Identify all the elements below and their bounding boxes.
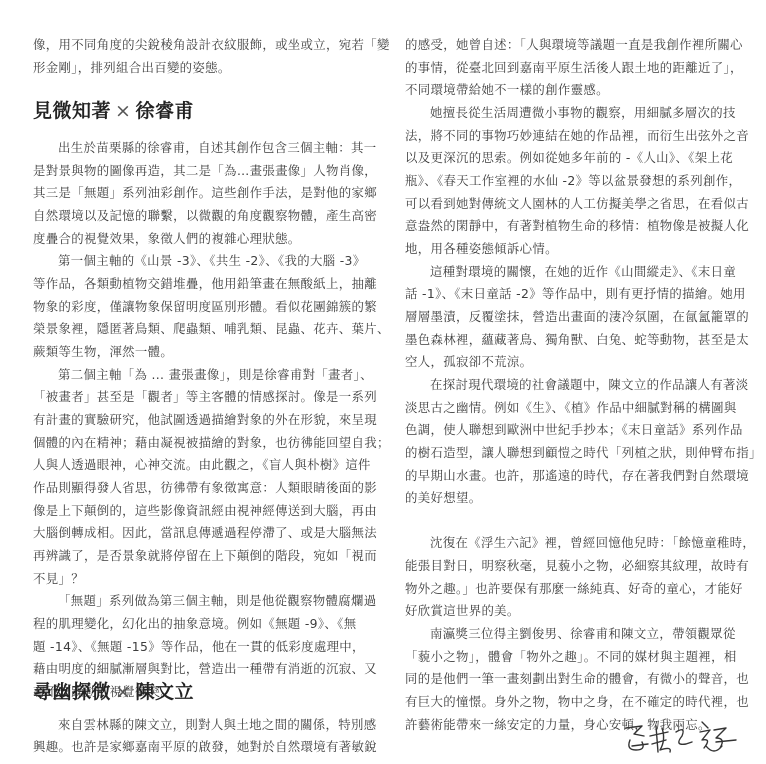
text-line: 色調，使人聯想到歐洲中世紀手抄本；《末日童話》系列作品 [405,419,743,441]
text-line: 她擅長從生活周遭微小事物的觀察，用細膩多層次的技 [405,102,736,124]
section-heading-chen: 尋幽探微×陳文立 [33,677,194,704]
text-line: 這種對環境的關懷，在她的近作《山間縱走》、《末日童 [405,261,736,283]
text-line: 的感受，她曾自述：「人與環境等議題一直是我創作裡所關心 [405,34,743,56]
times-sign: × [115,681,131,703]
text-line: 作品則顯得發人省思，彷彿帶有象徵寓意：人類眼睛後面的影 [33,477,377,499]
text-line: 第一個主軸的《山景 -3》、《共生 -2》、《我的大腦 -3》 [33,250,366,272]
text-line: 以及更深沉的思索。例如從她多年前的 -《人山》、《架上花 [405,147,733,169]
text-line: 的早期山水畫。也許，那遙遠的時代，存在著我們對自然環境 [405,465,749,487]
text-line: 南瀛獎三位得主劉俊男、徐睿甫和陳文立，帶領觀眾從 [405,623,736,645]
heading-part: 陳文立 [135,681,194,703]
text-line: 自然環境以及記憶的聯繫，以微觀的角度觀察物體，產生高密 [33,205,377,227]
text-line: 人與人透過眼神，心神交流。由此觀之，《盲人與朴樹》這件 [33,454,371,476]
text-line: 個體的內在精神；藉由凝視被描繪的對象，也彷彿能回望自我； [33,432,390,454]
section-heading-xu: 見微知著×徐睿甫 [33,96,194,123]
text-line: 像是上下顛倒的，這些影像資訊經由視神經傳送到大腦，再由 [33,500,377,522]
signature-icon [622,716,742,758]
text-line: 層層墨漬，反覆塗抹，營造出畫面的淒冷氛圍，在氤氳籠罩的 [405,306,749,328]
text-line: 有計畫的實驗研究，他試圖透過描繪對象的外在形貌，來呈現 [33,409,377,431]
text-line: 物象的彩度，僅讓物象保留明度區別形體。看似花團錦簇的繁 [33,296,377,318]
heading-part: 尋幽探微 [33,681,111,703]
text-line: 好欣賞這世界的美。 [405,600,520,622]
text-line: 蕨類等生物，渾然一體。 [33,341,173,363]
text-line: 可以看到她對傳統文人園林的人工仿擬美學之省思，在看似古 [405,193,749,215]
text-line: 墨色森林裡，蘊藏著鳥、獨角獸、白兔、蛇等動物，甚至是太 [405,329,749,351]
text-line: 同的是他們一筆一畫刻劃出對生命的體會，有微小的聲音，也 [405,668,749,690]
text-line: 其三是「無題」系列油彩創作。這些創作手法，是對他的家鄉 [33,182,377,204]
text-line: 再辨識了，是否景象就將停留在上下顛倒的階段，宛如「視而 [33,545,377,567]
text-line: 是對景與物的圖像再造，其二是「為…畫張畫像」人物肖像， [33,160,377,182]
heading-part: 見微知著 [33,100,111,122]
text-line: 物外之趣。」也許要保有那麼一絲純真、好奇的童心，才能好 [405,578,743,600]
text-line: 在探討現代環境的社會議題中，陳文立的作品讓人有著淡 [405,374,749,396]
text-line: 瓶》、《春天工作室裡的水仙 -2》等以盆景發想的系列創作， [405,170,741,192]
text-line: 像，用不同角度的尖銳稜角設計衣紋服飾，或坐或立，宛若「變 [33,34,390,56]
text-line: 第二個主軸「為 ... 畫張畫像」，則是徐睿甫對「畫者」、 [33,364,373,386]
text-line: 有巨大的憧憬。身外之物，物中之身，在不確定的時代裡，也 [405,691,749,713]
text-line: 話 -1》、《末日童話 -2》等作品中，則有更抒情的描繪。她用 [405,283,746,305]
text-line: 淡思古之幽情。例如《生》、《植》作品中細膩對稱的構圖與 [405,397,737,419]
text-line: 不同環境帶給她不一樣的創作靈感。 [405,79,609,101]
text-line: 等作品，各類動植物交錯堆疊，他用鉛筆畫在無酸紙上，抽離 [33,273,377,295]
text-line: 程的肌理變化，幻化出的抽象意境。例如《無題 -9》、《無 [33,613,356,635]
text-line: 的事情，從臺北回到嘉南平原生活後人跟土地的距離近了」， [405,57,743,79]
text-line: 不見」？ [33,568,84,590]
text-line: 大腦倒轉成相。因此，當訊息傳遞過程停滯了、或是大腦無法 [33,522,377,544]
text-line: 形金剛」，排列組合出百變的姿態。 [33,57,231,79]
text-line: 「無題」系列做為第三個主軸，則是他從觀察物體腐爛過 [33,590,377,612]
text-line: 榮景象裡，隱匿著鳥類、爬蟲類、哺乳類、昆蟲、花卉、葉片、 [33,318,390,340]
text-line: 度疊合的視覺效果，象徵人們的複雜心理狀態。 [33,228,301,250]
text-line: 的樹石造型，讓人聯想到顧愷之時代「列植之狀，則伸臂布指」 [405,442,762,464]
heading-part: 徐睿甫 [135,100,194,122]
times-sign: × [115,100,131,122]
text-line: 意盎然的閑靜中，有著對植物生命的移情：植物像是被擬人化 [405,215,749,237]
text-line: 出生於苗栗縣的徐睿甫，自述其創作包含三個主軸：其一 [33,137,377,159]
text-line: 能張目對日，明察秋毫，見藐小之物，必細察其紋理，故時有 [405,555,749,577]
text-line: 空人，孤寂卻不荒涼。 [405,351,532,373]
text-line: 的美好想望。 [405,487,481,509]
text-line: 題 -14》、《無題 -15》等作品，他在一貫的低彩度處理中， [33,636,365,658]
text-line: 「被畫者」甚至是「觀者」等主客體的情感探討。像是一系列 [33,386,377,408]
text-line: 法，將不同的事物巧妙連結在她的作品裡，而衍生出弦外之音 [405,125,749,147]
text-line: 地，用各種姿態傾訴心情。 [405,238,558,260]
text-line: 「藐小之物」，體會「物外之趣」。不同的媒材與主題裡，相 [405,646,737,668]
text-line: 興趣。也許是家鄉嘉南平原的啟發，她對於自然環境有著敏銳 [33,736,377,758]
text-line: 沈復在《浮生六記》裡，曾經回憶他兒時：「餘憶童稚時， [405,532,755,554]
text-line: 來自雲林縣的陳文立，則對人與土地之間的關係，特別感 [33,714,377,736]
